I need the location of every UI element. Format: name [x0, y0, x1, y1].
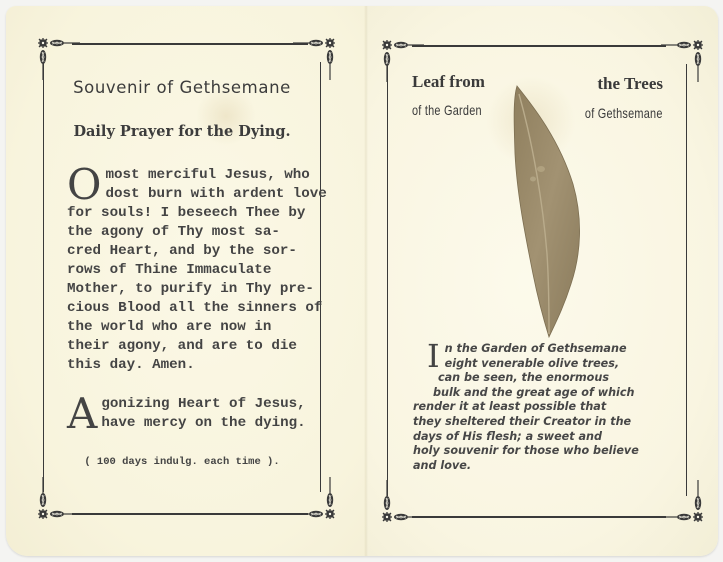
legend-line: n the Garden of Gethsemane	[427, 342, 677, 357]
prayer-line: cious Blood all the sinners of	[67, 299, 307, 318]
prayer-line: rows of Thine Immaculate	[67, 261, 307, 280]
top-rule	[72, 43, 308, 45]
pressed-leaf-image	[511, 84, 587, 339]
legend-line: eight venerable olive trees,	[427, 357, 677, 372]
prayer-line: for souls! I beseech Thee by	[67, 204, 307, 223]
legend-line: days of His flesh; a sweet and	[413, 430, 677, 445]
legend-line: holy souvenir for those who believe	[413, 444, 677, 459]
drop-cap: O	[67, 168, 101, 202]
legend-line: bulk and the great age of which	[427, 386, 677, 401]
prayer-line: the world who are now in	[67, 318, 307, 337]
prayer-line: the agony of Thy most sa-	[67, 223, 307, 242]
prayer-heading: Daily Prayer for the Dying.	[45, 123, 319, 140]
legend-line: they sheltered their Creator in the	[413, 415, 677, 430]
bottom-rule	[72, 513, 308, 515]
left-panel: Souvenir of Gethsemane Daily Prayer for …	[45, 50, 319, 510]
prayer-text: O most merciful Jesus, who dost burn wit…	[67, 166, 307, 375]
souvenir-title: Souvenir of Gethsemane	[45, 78, 319, 97]
prayer-line: Mother, to purify in Thy pre-	[67, 280, 307, 299]
invocation-line: have mercy on the dying.	[67, 414, 307, 433]
legend-line: render it at least possible that	[413, 400, 677, 415]
leaf-legend-text: I n the Garden of Gethsemane eight vener…	[427, 342, 677, 473]
drop-cap: I	[427, 343, 440, 369]
heading-of-the-garden: of the Garden	[412, 102, 482, 118]
indulgence-note: ( 100 days indulg. each time ).	[45, 456, 319, 468]
legend-line: can be seen, the enormous	[427, 371, 677, 386]
right-panel: Leaf from the Trees of the Garden of Get…	[389, 50, 685, 510]
heading-leaf-from: Leaf from	[412, 72, 485, 92]
heading-of-gethsemane: of Gethsemane	[585, 105, 663, 121]
prayer-line: their agony, and are to die	[67, 337, 307, 356]
prayer-line: most merciful Jesus, who	[67, 166, 307, 185]
center-fold	[364, 6, 368, 556]
invocation-line: gonizing Heart of Jesus,	[67, 395, 307, 414]
drop-cap: A	[67, 397, 97, 431]
legend-line: and love.	[413, 459, 677, 474]
top-rule	[412, 45, 666, 47]
heading-the-trees: the Trees	[597, 74, 663, 94]
invocation-text: A gonizing Heart of Jesus, have mercy on…	[67, 395, 307, 433]
prayer-line: cred Heart, and by the sor-	[67, 242, 307, 261]
prayer-line: this day. Amen.	[67, 356, 307, 375]
bottom-rule	[412, 516, 666, 518]
prayer-line: dost burn with ardent love	[67, 185, 307, 204]
